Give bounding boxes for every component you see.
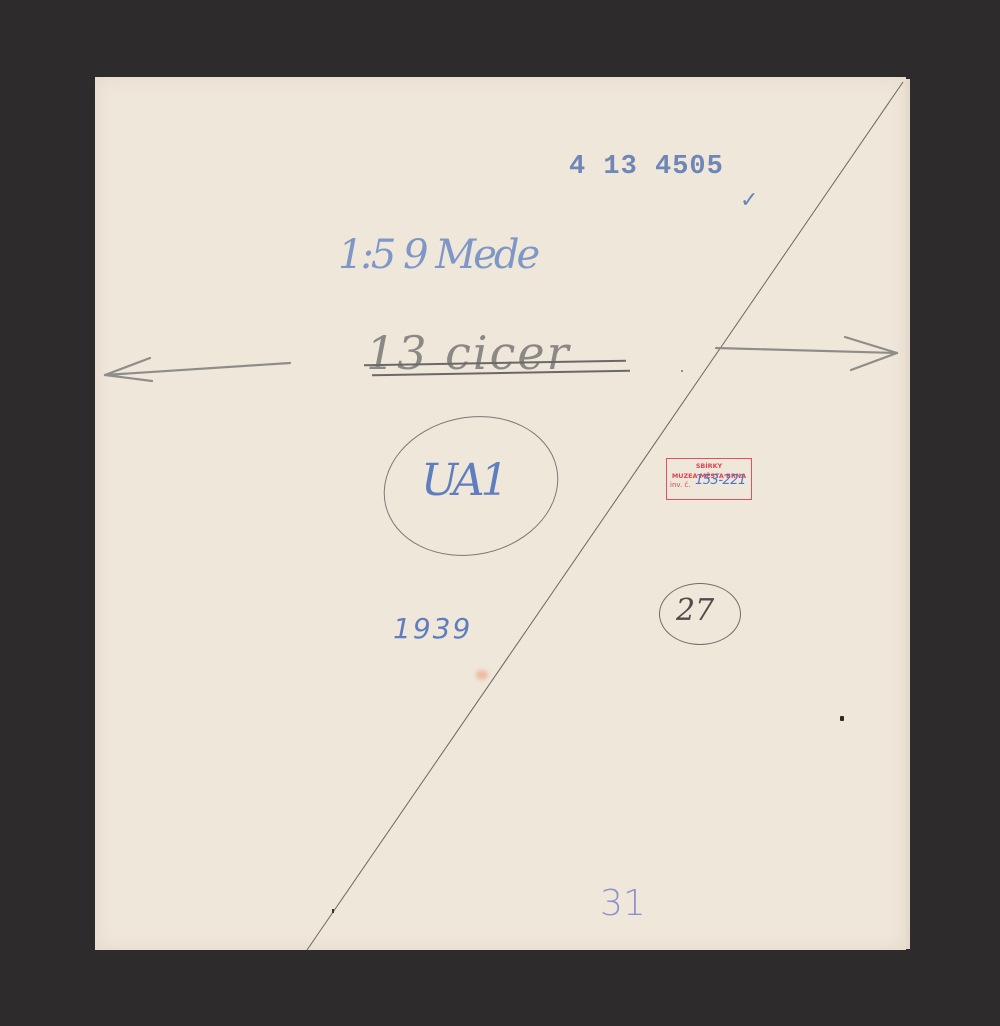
- registry-number-stamp: 4 13 4505: [569, 152, 724, 182]
- handwritten-line-1: 1:5 9 Mede: [338, 232, 537, 278]
- inventory-row: inv. č. 153-221: [667, 481, 751, 491]
- circled-number: 27: [659, 583, 741, 645]
- inventory-number: 153-221: [695, 476, 746, 486]
- orange-stain: [476, 670, 488, 680]
- circled-number-text: 27: [676, 593, 714, 628]
- museum-collection-stamp: SBÍRKY MUZEA MĚSTA BRNA inv. č. 153-221: [666, 458, 752, 500]
- circled-code: UA1: [421, 455, 505, 506]
- inventory-label: inv. č.: [670, 481, 691, 489]
- bottom-number: 31: [600, 883, 646, 924]
- ink-dot: [840, 716, 844, 721]
- check-mark: ✓: [740, 188, 758, 213]
- stamp-line-1: SBÍRKY: [667, 462, 751, 472]
- year-annotation: 1939: [393, 612, 472, 645]
- ink-dot: [332, 909, 334, 913]
